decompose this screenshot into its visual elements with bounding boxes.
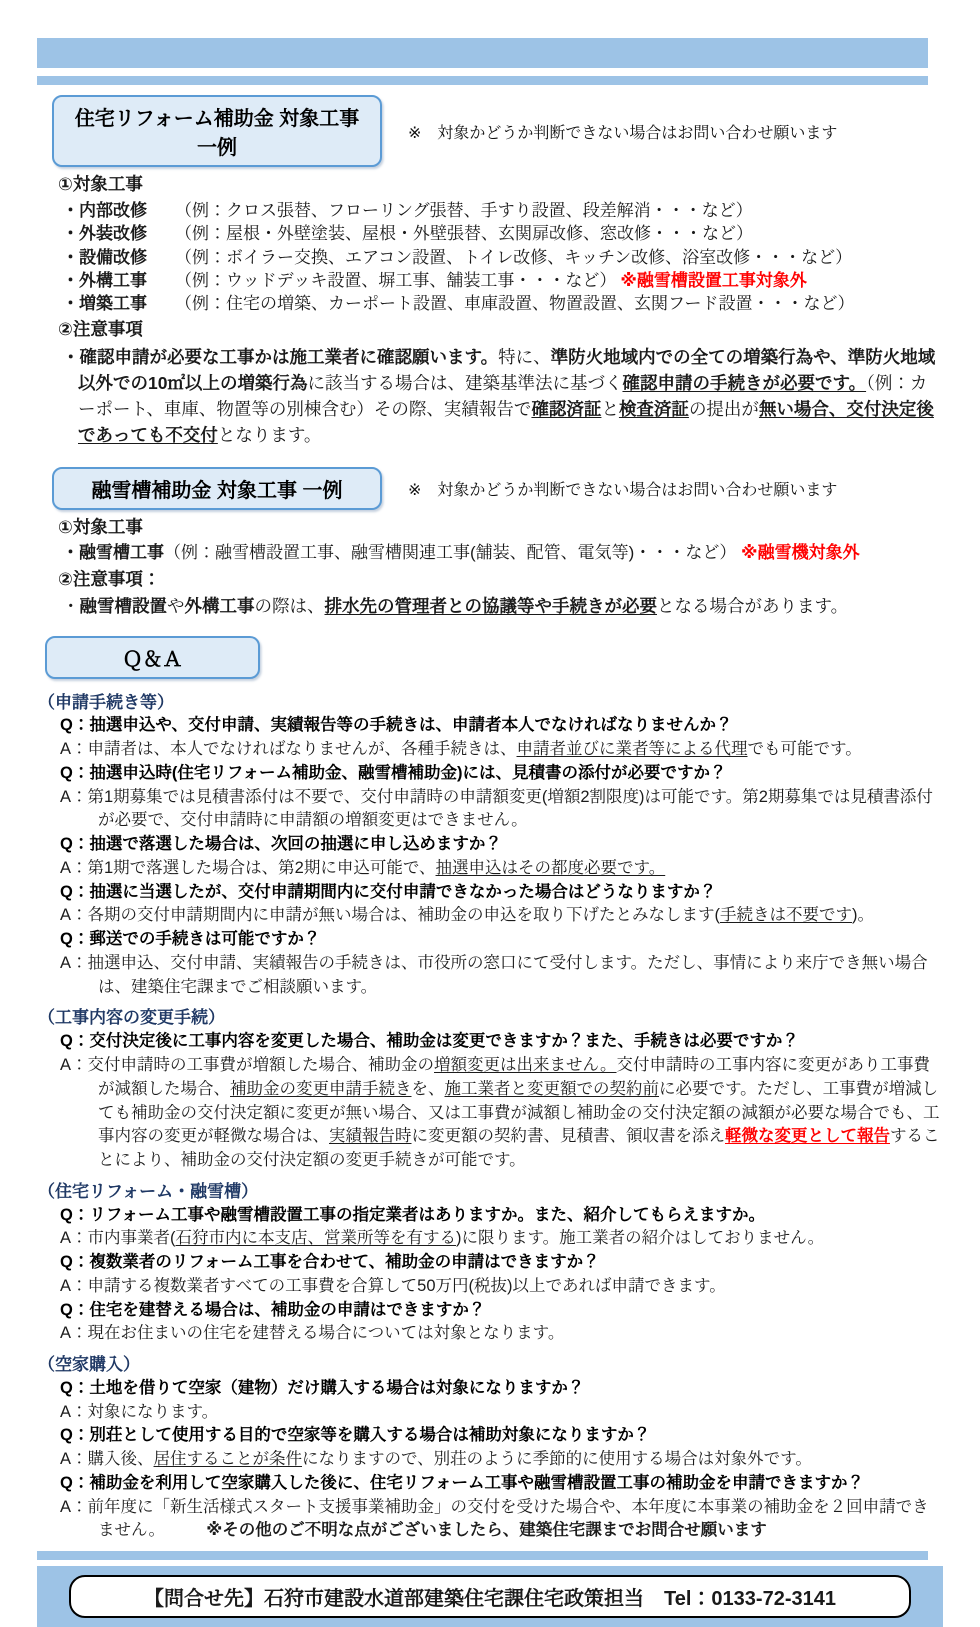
reform-target-list: ・内部改修（例：クロス張替、フローリング張替、手すり設置、段差解消・・・など） … [38, 199, 940, 316]
reform-notes-title: ②注意事項 [38, 318, 940, 342]
yusetsu-work-item: ・融雪槽工事（例：融雪槽設置工事、融雪槽関連工事(舗装、配管、電気等)・・・など… [38, 541, 940, 566]
reform-section-header-row: 住宅リフォーム補助金 対象工事 一例 ※ 対象かどうか判断できない場合はお問い合… [52, 95, 940, 167]
question-line: Q：補助金を利用して空家購入した後に、住宅リフォーム工事や融雪槽設置工事の補助金… [38, 1472, 940, 1496]
answer-line: A：前年度に「新生活様式スタート支援事業補助金」の交付を受けた場合や、本年度に本… [38, 1496, 940, 1544]
yusetsu-section-title: 融雪槽補助金 対象工事 一例 [52, 467, 382, 510]
answer-line: A：第1期で落選した場合は、第2期に申込可能で、抽選申込はその都度必要です。 [38, 857, 940, 881]
qa-item: Q：リフォーム工事や融雪槽設置工事の指定業者はありますか。また、紹介してもらえま… [38, 1204, 940, 1252]
qa-item: Q：別荘として使用する目的で空家等を購入する場合は補助対象になりますか？ A：購… [38, 1424, 940, 1472]
top-banner-bar [37, 38, 928, 68]
answer-line: A：第1期募集では見積書添付は不要で、交付申請時の申請額変更(増額2割限度)は可… [38, 786, 940, 834]
yusetsu-notes-title: ②注意事項： [38, 568, 940, 592]
work-item-desc: （例：クロス張替、フローリング張替、手すり設置、段差解消・・・など） [175, 201, 753, 220]
qa-group-items: Q：リフォーム工事や融雪槽設置工事の指定業者はありますか。また、紹介してもらえま… [38, 1204, 940, 1347]
question-line: Q：土地を借りて空家（建物）だけ購入する場合は対象になりますか？ [38, 1377, 940, 1401]
qa-group-items: Q：抽選申込や、交付申請、実績報告等の手続きは、申請者本人でなければなりませんか… [38, 714, 940, 999]
qa-group-heading: （空家購入） [38, 1353, 940, 1377]
reform-section-note: ※ 対象かどうか判断できない場合はお問い合わせ願います [408, 120, 837, 143]
qa-item: Q：補助金を利用して空家購入した後に、住宅リフォーム工事や融雪槽設置工事の補助金… [38, 1472, 940, 1543]
answer-line: A：購入後、居住することが条件になりますので、別荘のように季節的に使用する場合は… [38, 1448, 940, 1472]
qa-item: Q：抽選申込時(住宅リフォーム補助金、融雪槽補助金)には、見積書の添付が必要です… [38, 762, 940, 833]
top-accent-bar [37, 76, 928, 85]
footer-band: 【問合せ先】石狩市建設水道部建築住宅課住宅政策担当 Tel：0133-72-31… [37, 1566, 943, 1627]
question-line: Q：抽選に当選したが、交付申請期間内に交付申請できなかった場合はどうなりますか？ [38, 881, 940, 905]
reform-section-title: 住宅リフォーム補助金 対象工事 一例 [52, 95, 382, 167]
qa-group-items: Q：土地を借りて空家（建物）だけ購入する場合は対象になりますか？ A：対象になり… [38, 1377, 940, 1543]
work-item-desc: （例：ボイラー交換、エアコン設置、トイレ改修、キッチン改修、浴室改修・・・など） [175, 248, 852, 267]
work-item-label: ・外構工事 [62, 269, 175, 292]
work-item-desc: （例：ウッドデッキ設置、塀工事、舗装工事・・・など） [175, 271, 616, 290]
question-line: Q：抽選申込時(住宅リフォーム補助金、融雪槽補助金)には、見積書の添付が必要です… [38, 762, 940, 786]
yusetsu-section-note: ※ 対象かどうか判断できない場合はお問い合わせ願います [408, 477, 837, 500]
question-line: Q：住宅を建替える場合は、補助金の申請はできますか？ [38, 1299, 940, 1323]
qa-group-application: （申請手続き等） Q：抽選申込や、交付申請、実績報告等の手続きは、申請者本人でな… [38, 691, 940, 1000]
qa-section-title: Ｑ＆Ａ [45, 636, 260, 679]
qa-group-reform-yusetsu: （住宅リフォーム・融雪槽） Q：リフォーム工事や融雪槽設置工事の指定業者はありま… [38, 1180, 940, 1346]
qa-item: Q：土地を借りて空家（建物）だけ購入する場合は対象になりますか？ A：対象になり… [38, 1377, 940, 1425]
yusetsu-notes-paragraph: ・融雪槽設置や外構工事の際は、排水先の管理者との協議等や手続きが必要となる場合が… [38, 593, 940, 619]
answer-line: A：対象になります。 [38, 1401, 940, 1425]
answer-line: A：抽選申込、交付申請、実績報告の手続きは、市役所の窓口にて受付します。ただし、… [38, 952, 940, 1000]
work-item-label: ・外装改修 [62, 222, 175, 245]
qa-group-heading: （申請手続き等） [38, 691, 940, 715]
qa-item: Q：郵送での手続きは可能ですか？ A：抽選申込、交付申請、実績報告の手続きは、市… [38, 928, 940, 999]
question-line: Q：別荘として使用する目的で空家等を購入する場合は補助対象になりますか？ [38, 1424, 940, 1448]
work-item-label: ・内部改修 [62, 199, 175, 222]
question-line: Q：郵送での手続きは可能ですか？ [38, 928, 940, 952]
answer-line: A：市内事業者(石狩市内に本支店、営業所等を有する)に限ります。施工業者の紹介は… [38, 1227, 940, 1251]
bottom-accent-bar [37, 1551, 928, 1560]
answer-line: A：申請する複数業者すべての工事費を合算して50万円(税抜)以上であれば申請でき… [38, 1275, 940, 1299]
document-content: 住宅リフォーム補助金 対象工事 一例 ※ 対象かどうか判断できない場合はお問い合… [38, 95, 940, 1543]
reform-notes-paragraph: ・確認申請が必要な工事かは施工業者に確認願います。特に、準防火地域内での全ての増… [38, 344, 940, 449]
yusetsu-section-header-row: 融雪槽補助金 対象工事 一例 ※ 対象かどうか判断できない場合はお問い合わせ願い… [52, 467, 940, 510]
work-item-exclusion-note: ※融雪槽設置工事対象外 [616, 271, 807, 290]
work-item-row: ・設備改修（例：ボイラー交換、エアコン設置、トイレ改修、キッチン改修、浴室改修・… [38, 246, 940, 269]
qa-item: Q：住宅を建替える場合は、補助金の申請はできますか？ A：現在お住まいの住宅を建… [38, 1299, 940, 1347]
work-item-row: ・増築工事（例：住宅の増築、カーポート設置、車庫設置、物置設置、玄関フード設置・… [38, 292, 940, 315]
work-item-row: ・外装改修（例：屋根・外壁塗装、屋根・外壁張替、玄関扉改修、窓改修・・・など） [38, 222, 940, 245]
work-item-row: ・内部改修（例：クロス張替、フローリング張替、手すり設置、段差解消・・・など） [38, 199, 940, 222]
work-item-row: ・外構工事（例：ウッドデッキ設置、塀工事、舗装工事・・・など）※融雪槽設置工事対… [38, 269, 940, 292]
work-item-desc: （例：住宅の増築、カーポート設置、車庫設置、物置設置、玄関フード設置・・・など） [175, 294, 855, 313]
qa-item: Q：抽選で落選した場合は、次回の抽選に申し込めますか？ A：第1期で落選した場合… [38, 833, 940, 881]
qa-group-vacant-house: （空家購入） Q：土地を借りて空家（建物）だけ購入する場合は対象になりますか？ … [38, 1353, 940, 1543]
document-page: 住宅リフォーム補助金 対象工事 一例 ※ 対象かどうか判断できない場合はお問い合… [0, 0, 980, 1627]
qa-item: Q：抽選申込や、交付申請、実績報告等の手続きは、申請者本人でなければなりませんか… [38, 714, 940, 762]
work-item-label: ・設備改修 [62, 246, 175, 269]
question-line: Q：抽選申込や、交付申請、実績報告等の手続きは、申請者本人でなければなりませんか… [38, 714, 940, 738]
qa-group-heading: （工事内容の変更手続） [38, 1006, 940, 1030]
question-line: Q：抽選で落選した場合は、次回の抽選に申し込めますか？ [38, 833, 940, 857]
qa-item: Q：交付決定後に工事内容を変更した場合、補助金は変更できますか？また、手続きは必… [38, 1030, 940, 1173]
question-line: Q：交付決定後に工事内容を変更した場合、補助金は変更できますか？また、手続きは必… [38, 1030, 940, 1054]
reform-target-title: ①対象工事 [38, 173, 940, 197]
answer-line: A：交付申請時の工事費が増額した場合、補助金の増額変更は出来ません。交付申請時の… [38, 1054, 940, 1173]
work-item-desc: （例：屋根・外壁塗装、屋根・外壁張替、玄関扉改修、窓改修・・・など） [175, 224, 753, 243]
qa-item: Q：抽選に当選したが、交付申請期間内に交付申請できなかった場合はどうなりますか？… [38, 881, 940, 929]
contact-info: 【問合せ先】石狩市建設水道部建築住宅課住宅政策担当 Tel：0133-72-31… [69, 1575, 911, 1618]
question-line: Q：リフォーム工事や融雪槽設置工事の指定業者はありますか。また、紹介してもらえま… [38, 1204, 940, 1228]
qa-group-items: Q：交付決定後に工事内容を変更した場合、補助金は変更できますか？また、手続きは必… [38, 1030, 940, 1173]
qa-group-heading: （住宅リフォーム・融雪槽） [38, 1180, 940, 1204]
qa-item: Q：複数業者のリフォーム工事を合わせて、補助金の申請はできますか？ A：申請する… [38, 1251, 940, 1299]
yusetsu-target-title: ①対象工事 [38, 516, 940, 540]
qa-group-change-procedure: （工事内容の変更手続） Q：交付決定後に工事内容を変更した場合、補助金は変更でき… [38, 1006, 940, 1172]
work-item-label: ・増築工事 [62, 292, 175, 315]
question-line: Q：複数業者のリフォーム工事を合わせて、補助金の申請はできますか？ [38, 1251, 940, 1275]
answer-line: A：現在お住まいの住宅を建替える場合については対象となります。 [38, 1322, 940, 1346]
answer-line: A：申請者は、本人でなければなりませんが、各種手続きは、申請者並びに業者等による… [38, 738, 940, 762]
answer-line: A：各期の交付申請期間内に申請が無い場合は、補助金の申込を取り下げたとみなします… [38, 904, 940, 928]
